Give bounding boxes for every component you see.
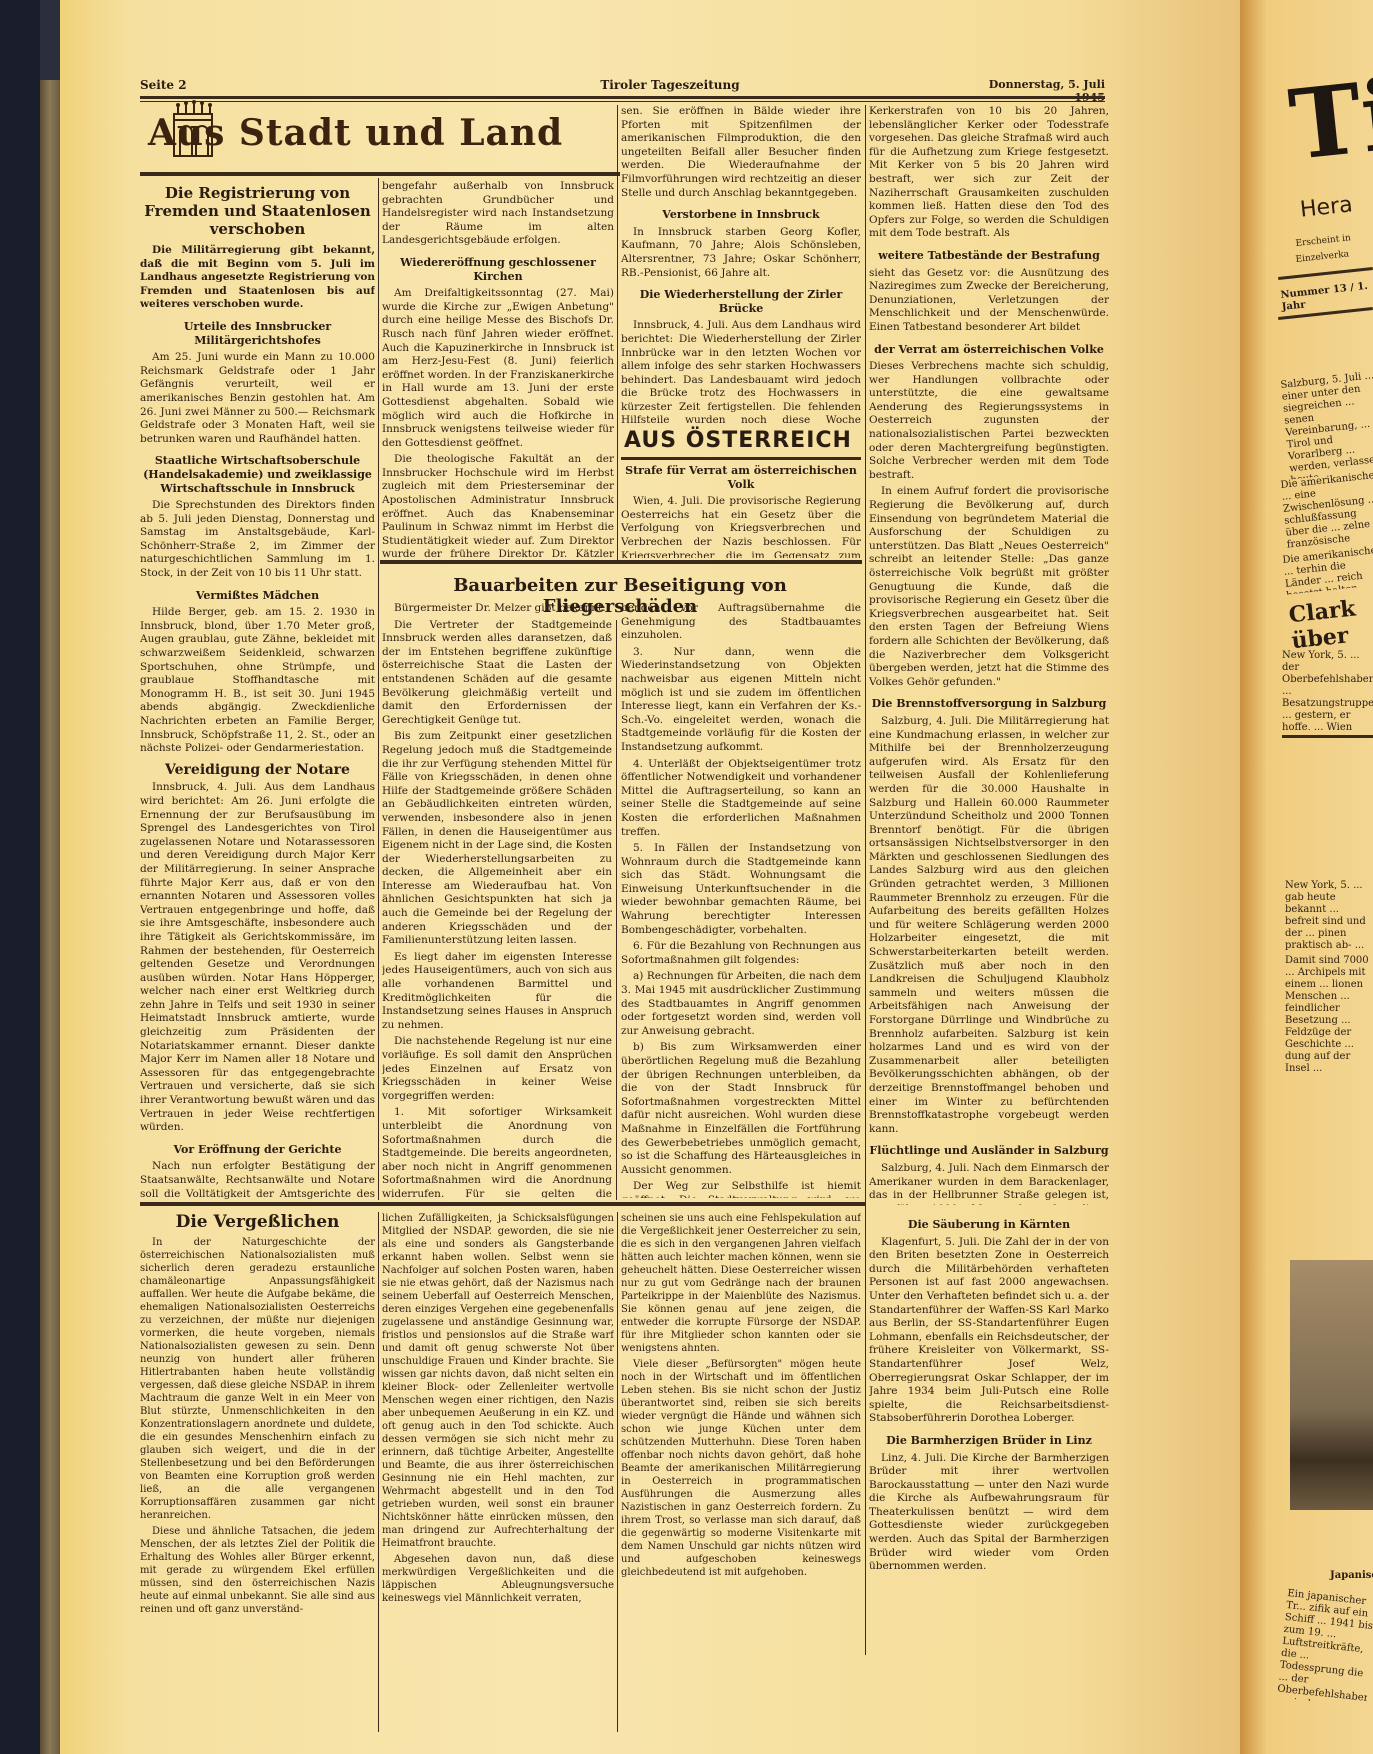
article-text: Die Militärregierung gibt bekannt, daß d… [140, 244, 375, 312]
article-text: 6. Für die Bezahlung von Rechnungen aus … [621, 940, 861, 967]
article-text: Klagenfurt, 5. Juli. Die Zahl der in der… [869, 1236, 1109, 1426]
column-divider [378, 178, 379, 560]
page-number: Seite 2 [140, 78, 187, 92]
masthead-rule [140, 96, 1105, 99]
article-text: Kerkerstrafen von 10 bis 20 Jahren, lebe… [869, 105, 1109, 241]
column-divider [865, 1205, 866, 1655]
binding-edge [40, 80, 60, 1754]
article-rule [140, 1202, 865, 1206]
headline: Vereidigung der Notare [140, 764, 375, 778]
adjacent-story: Die amerikanische ... eine Zwischenlösun… [1280, 470, 1373, 550]
headline: Vor Eröffnung der Gerichte [140, 1143, 375, 1157]
headline: Vermißtes Mädchen [140, 589, 375, 603]
article-text: In Innsbruck starben Georg Kofler, Kaufm… [621, 226, 861, 280]
article-text: Innsbruck, 4. Juli. Aus dem Landhaus wir… [140, 781, 375, 1134]
article-headline-vergesslichen: Die Vergeßlichen [140, 1212, 375, 1232]
article-text: Es liegt daher im eigensten Interesse je… [382, 951, 612, 1033]
aus-oesterreich-article: Strafe für Verrat am österreichischen Vo… [621, 462, 861, 558]
column-divider [617, 1212, 618, 1732]
adjacent-story: New York, 5. ... der Oberbefehlshaber ..… [1282, 650, 1373, 730]
article-text: Die theologische Fakultät an der Innsbru… [382, 453, 614, 558]
article-text: 1. Mit sofortiger Wirksamkeit unterbleib… [382, 1106, 612, 1198]
article-text: Linz, 4. Juli. Die Kirche der Barmherzig… [869, 1452, 1109, 1574]
article-text: Die Sprechstunden des Direktors finden a… [140, 499, 375, 581]
headline: Verstorbene in Innsbruck [621, 208, 861, 222]
article-text: lichen Zufälligkeiten, ja Schicksalsfügu… [382, 1212, 614, 1550]
headline: Staatliche Wirtschaftsoberschule (Handel… [140, 454, 375, 495]
column-2: bengefahr außerhalb von Innsbruck gebrac… [382, 180, 614, 558]
section-title: Aus Stadt und Land [148, 112, 563, 154]
column-4-bottom: Die Säuberung in Kärnten Klagenfurt, 5. … [869, 1210, 1109, 1690]
adjacent-story: Salzburg, 5. Juli ... einer unter den si… [1280, 370, 1373, 479]
article-text: Die Vertreter der Stadtgemeinde Innsbruc… [382, 619, 612, 728]
column-divider [616, 620, 617, 1200]
article-text: Nach nun erfolgter Bestätigung der Staat… [140, 1160, 375, 1200]
headline: Die Barmherzigen Brüder in Linz [869, 1434, 1109, 1448]
column-divider [378, 560, 379, 1200]
article-text: In der Naturgeschichte der österreichisc… [140, 1236, 375, 1522]
headline: Die Brennstoffversorgung in Salzburg [869, 697, 1109, 711]
article-text: Wien, 4. Juli. Die provisorische Regieru… [621, 495, 861, 558]
article-text: Viele dieser „Befürsorgten" mögen heute … [621, 1358, 861, 1579]
bauarbeiten-right: benden vor Auftragsübernahme die Genehmi… [621, 602, 861, 1198]
article-text: benden vor Auftragsübernahme die Genehmi… [621, 602, 861, 643]
article-text: Salzburg, 4. Juli. Nach dem Einmarsch de… [869, 1162, 1109, 1205]
article-rule [380, 560, 862, 564]
headline: Die Wiederherstellung der Zirler Brücke [621, 288, 861, 315]
headline: Die Registrierung von Fremden und Staate… [140, 184, 375, 238]
article-text: sen. Sie eröffnen in Bälde wieder ihre P… [621, 105, 861, 200]
column-divider [378, 1212, 379, 1732]
adjacent-rule [1282, 735, 1373, 738]
article-text: Dieses Verbrechens machte sich schuldig,… [869, 360, 1109, 482]
article-text: Am 25. Juni wurde ein Mann zu 10.000 Rei… [140, 351, 375, 446]
article-text: In einem Aufruf fordert die provisorisch… [869, 485, 1109, 689]
article-text: 3. Nur dann, wenn die Wiederinstandsetzu… [621, 646, 861, 755]
column-4: Kerkerstrafen von 10 bis 20 Jahren, lebe… [869, 105, 1109, 1205]
adjacent-masthead: Tir [1285, 62, 1373, 174]
headline: Strafe für Verrat am österreichischen Vo… [621, 464, 861, 491]
article-text: Diese und ähnliche Tatsachen, die jedem … [140, 1525, 375, 1616]
adjacent-headline: Clark über [1288, 594, 1373, 654]
article-text: Innsbruck, 4. Juli. Aus dem Landhaus wir… [621, 319, 861, 425]
adjacent-story: Damit sind 7000 ... Archipels mit einem … [1285, 955, 1373, 1075]
subheading: der Verrat am österreichischen Volke [869, 343, 1109, 357]
bauarbeiten-left: Bürgermeister Dr. Melzer gibt bekannt: D… [382, 602, 612, 1198]
article-text: Bürgermeister Dr. Melzer gibt bekannt: [382, 602, 612, 616]
article-text: 5. In Fällen der Instandsetzung von Wohn… [621, 842, 861, 937]
article-text: b) Bis zum Wirksamwerden einer überörtli… [621, 1041, 861, 1177]
aus-oesterreich-heading: AUS ÖSTERREICH [624, 428, 860, 453]
article-text: Bis zum Zeitpunkt einer gesetzlichen Reg… [382, 730, 612, 948]
article-text: 4. Unterläßt der Objektseigentümer trotz… [621, 758, 861, 840]
newspaper-name: Tiroler Tageszeitung [560, 78, 780, 92]
vergesslichen-col-c: scheinen sie uns auch eine Fehlspekulati… [621, 1212, 861, 1737]
photo-caption: Ein japanischer Tr... zifik auf ein Schi… [1277, 1588, 1373, 1707]
headline: Wiedereröffnung geschlossener Kirchen [382, 256, 614, 283]
masthead-rule-thin [140, 101, 1105, 102]
book-binding [0, 0, 40, 1754]
column-divider [865, 105, 866, 1205]
heading-rule [621, 457, 861, 460]
headline: Die Säuberung in Kärnten [869, 1218, 1109, 1232]
article-text: Am Dreifaltigkeitssonntag (27. Mai) wurd… [382, 287, 614, 450]
article-text: sieht das Gesetz vor: die Ausnützung des… [869, 267, 1109, 335]
headline: Flüchtlinge und Ausländer in Salzburg [869, 1144, 1109, 1158]
column-3: sen. Sie eröffnen in Bälde wieder ihre P… [621, 105, 861, 425]
headline: Urteile des Innsbrucker Militärgerichtsh… [140, 320, 375, 347]
article-text: Abgesehen davon nun, daß diese merkwürdi… [382, 1553, 614, 1605]
subheading: weitere Tatbestände der Bestrafung [869, 249, 1109, 263]
article-text: Der Weg zur Selbsthilfe ist hiemit geöff… [621, 1180, 861, 1198]
binding-top [40, 0, 60, 80]
adjacent-story: New York, 5. ... gab heute bekannt ... b… [1285, 880, 1373, 950]
column-divider [617, 105, 618, 560]
article-text: bengefahr außerhalb von Innsbruck gebrac… [382, 180, 614, 248]
vergesslichen-col-b: lichen Zufälligkeiten, ja Schicksalsfügu… [382, 1212, 614, 1737]
vergesslichen-col-a: In der Naturgeschichte der österreichisc… [140, 1236, 375, 1736]
article-text: Die nachstehende Regelung ist nur eine v… [382, 1035, 612, 1103]
photo-caption-title: Japanische [1330, 1570, 1373, 1582]
article-text: scheinen sie uns auch eine Fehlspekulati… [621, 1212, 861, 1355]
section-rule [140, 172, 620, 176]
article-text: Hilde Berger, geb. am 15. 2. 1930 in Inn… [140, 606, 375, 756]
article-text: a) Rechnungen für Arbeiten, die nach dem… [621, 970, 861, 1038]
column-1: Die Registrierung von Fremden und Staate… [140, 180, 375, 1200]
news-photograph [1290, 1260, 1373, 1510]
article-text: Salzburg, 4. Juli. Die Militärregierung … [869, 715, 1109, 1136]
